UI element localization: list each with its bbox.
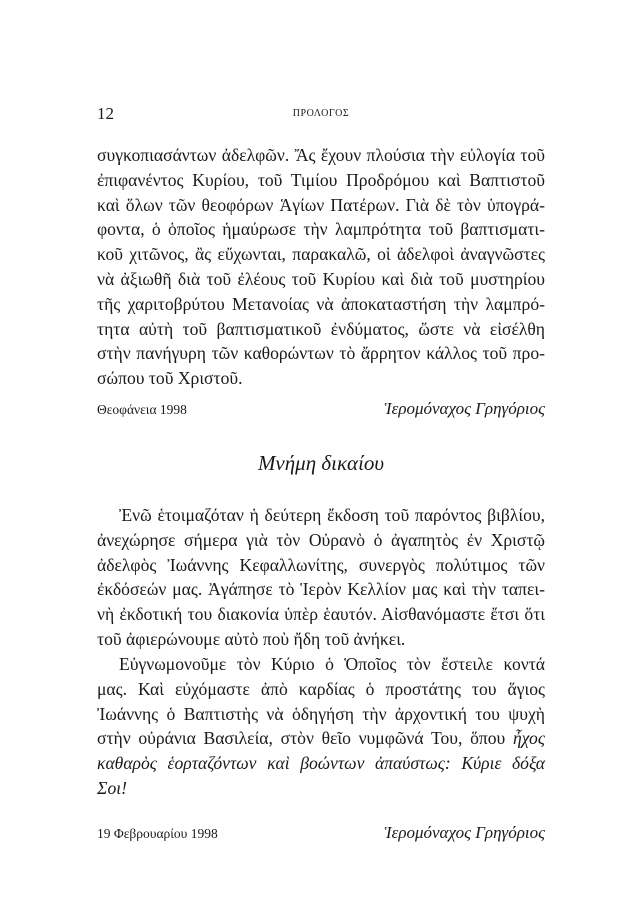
text-line: στὴν οὐράνια Βασιλεία, στὸν θεῖο νυμφῶνά… <box>97 726 545 751</box>
text-line: ἀδελφὸς Ἰωάννης Κεφαλλωνίτης, συνεργὸς π… <box>97 553 545 578</box>
memorial-paragraph-2: Εὐγνωμονοῦμε τὸν Κύριο ὁ Ὁποῖος τὸν ἔστε… <box>97 652 545 801</box>
text-line: Σοι! <box>97 776 545 801</box>
text-line: συγκοπιασάντων ἀδελφῶν. Ἄς ἔχουν πλούσια… <box>97 143 545 168</box>
text-line: φοντα, ὁ ὁποῖος ἡμαύρωσε τὴν λαμπρότητα … <box>97 217 545 242</box>
text-line: μας. Καὶ εὐχόμαστε ἀπὸ καρδίας ὁ προστάτ… <box>97 677 545 702</box>
signature-date: Θεοφάνεια 1998 <box>97 402 187 418</box>
text-line: Εὐγνωμονοῦμε τὸν Κύριο ὁ Ὁποῖος τὸν ἔστε… <box>97 652 545 677</box>
preface-signature: Θεοφάνεια 1998 Ἱερομόναχος Γρηγόριος <box>97 399 545 421</box>
text-line: Ἐνῶ ἑτοιμαζόταν ἡ δεύτερη ἔκδοση τοῦ παρ… <box>97 503 545 528</box>
signature-date: 19 Φεβρουαρίου 1998 <box>97 826 218 842</box>
text-line: νὴ ἐκδοτική του διακονία ὑπὲρ ἑαυτόν. Αἰ… <box>97 602 545 627</box>
section-title: Μνήμη δικαίου <box>97 451 545 476</box>
memorial-signature: 19 Φεβρουαρίου 1998 Ἱερομόναχος Γρηγόριο… <box>97 823 545 845</box>
text-line: ἐπιφανέντος Κυρίου, τοῦ Τιμίου Προδρόμου… <box>97 168 545 193</box>
text-line: τῆς χαριτοβρύτου Μετανοίας νὰ ἀποκαταστή… <box>97 292 545 317</box>
text-line: ἀνεχώρησε σήμερα γιὰ τὸν Οὐρανὸ ὁ ἀγαπητ… <box>97 528 545 553</box>
text-line: Ἰωάννης ὁ Βαπτιστὴς νὰ ὁδηγήση τὴν ἀρχον… <box>97 702 545 727</box>
text-line: κοῦ χιτῶνος, ἂς εὔχωνται, παρακαλῶ, οἱ ἀ… <box>97 242 545 267</box>
text-italic: ἦχος <box>513 728 545 748</box>
memorial-paragraph-1: Ἐνῶ ἑτοιμαζόταν ἡ δεύτερη ἔκδοση τοῦ παρ… <box>97 503 545 652</box>
text-line: καθαρὸς ἑορταζόντων καὶ βοώντων ἀπαύστως… <box>97 751 545 776</box>
text-line: σώπου τοῦ Χριστοῦ. <box>97 366 545 391</box>
text-line: ἐκδόσεών μας. Ἀγάπησε τὸ Ἱερὸν Κελλίον μ… <box>97 577 545 602</box>
text-roman: στὴν οὐράνια Βασιλεία, στὸν θεῖο νυμφῶνά… <box>97 728 513 748</box>
signature-name: Ἱερομόναχος Γρηγόριος <box>384 399 545 419</box>
text-line: τητα αὐτὴ τοῦ βαπτισματικοῦ ἐνδύματος, ὥ… <box>97 317 545 342</box>
preface-paragraph: συγκοπιασάντων ἀδελφῶν. Ἄς ἔχουν πλούσια… <box>97 143 545 391</box>
text-line: νὰ ἀξιωθῆ διὰ τοῦ ἐλέους τοῦ Κυρίου καὶ … <box>97 267 545 292</box>
text-line: στὴν πανήγυρη τῶν καθορώντων τὸ ἄρρητον … <box>97 341 545 366</box>
page-header: 12 ΠΡΟΛΟΓΟΣ <box>97 104 545 124</box>
text-line: καὶ ὅλων τῶν θεοφόρων Ἁγίων Πατέρων. Γιὰ… <box>97 193 545 218</box>
signature-name: Ἱερομόναχος Γρηγόριος <box>384 823 545 843</box>
running-head: ΠΡΟΛΟΓΟΣ <box>97 108 545 119</box>
text-line: τοῦ ἀφιερώνουμε αὐτὸ ποὺ ἤδη τοῦ ἀνήκει. <box>97 627 545 652</box>
